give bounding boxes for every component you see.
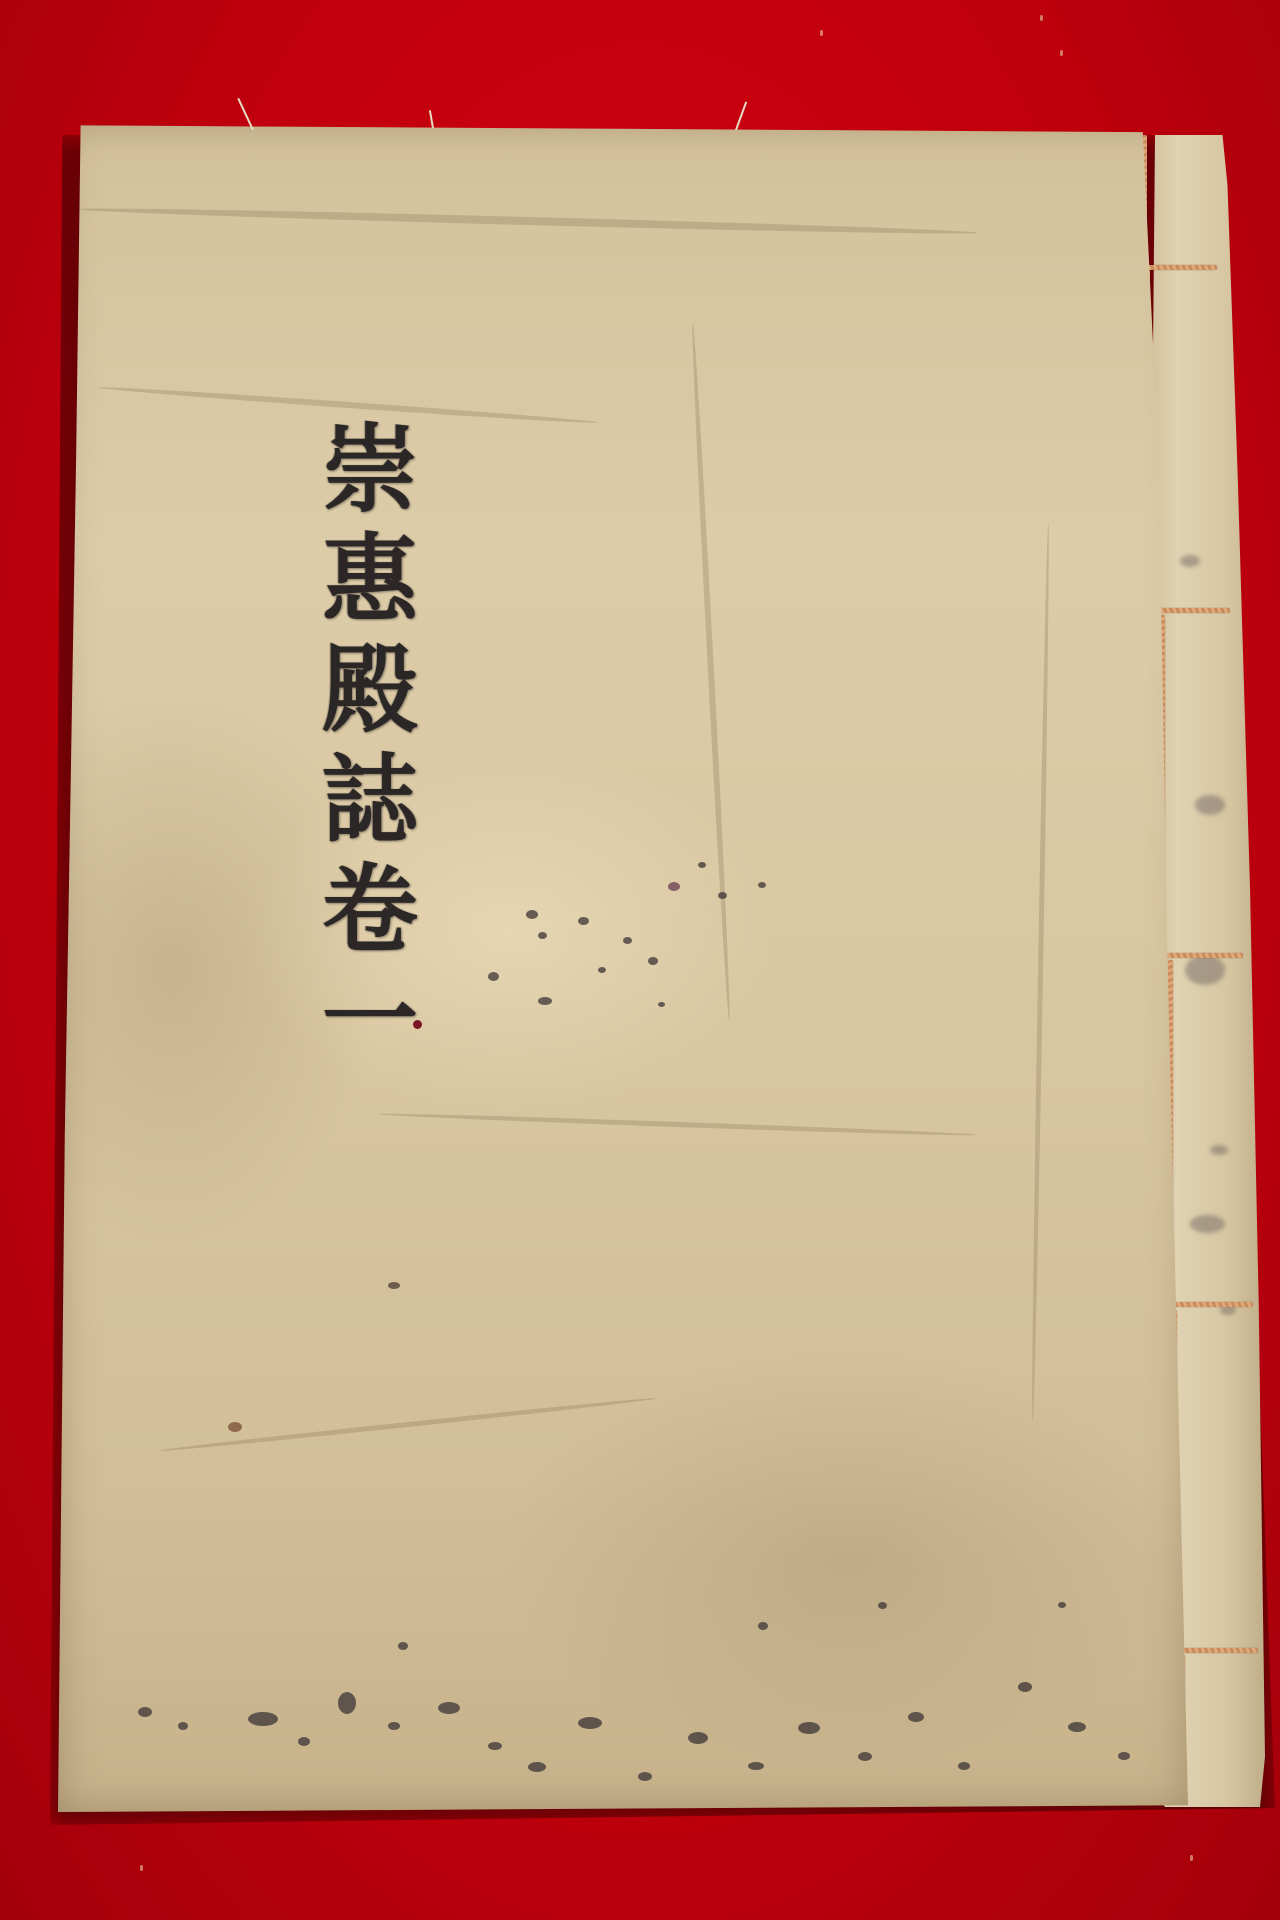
mold-spot (958, 1762, 970, 1770)
mold-spot (578, 917, 589, 925)
mold-spot (438, 1702, 460, 1714)
felt-speck (140, 1865, 143, 1871)
felt-speck (820, 30, 823, 36)
mold-spot (748, 1762, 764, 1770)
mold-spot (668, 882, 680, 891)
felt-speck (1040, 15, 1043, 21)
mold-spot (398, 1642, 408, 1650)
cover-crease (78, 205, 978, 237)
book-cover (58, 122, 1188, 1812)
mold-spot (138, 1707, 152, 1717)
mold-spot (758, 1622, 768, 1630)
cover-crease (378, 1112, 978, 1138)
book-title: 崇 惠 殿 誌 卷 一 (300, 415, 440, 1075)
title-char-3: 殿 (322, 635, 418, 745)
mold-spot (388, 1282, 400, 1289)
mold-spot (758, 882, 766, 888)
mold-spot (908, 1712, 924, 1722)
paper-fiber (429, 110, 434, 128)
mold-spot (598, 967, 606, 973)
book-photo: 崇 惠 殿 誌 卷 一 (0, 0, 1280, 1920)
mold-spot (538, 997, 552, 1005)
mold-spot (1068, 1722, 1086, 1732)
spine-stain (1180, 555, 1200, 567)
mold-spot (718, 892, 727, 899)
mold-spot (578, 1717, 602, 1729)
ink-dot (413, 1020, 422, 1029)
binding-tie (1175, 1302, 1253, 1307)
title-char-6: 一 (322, 965, 418, 1075)
title-char-4: 誌 (322, 745, 418, 855)
mold-spot (623, 937, 632, 944)
mold-spot (248, 1712, 278, 1726)
mold-spot (648, 957, 658, 965)
felt-speck (1060, 50, 1063, 56)
mold-spot (1118, 1752, 1130, 1760)
felt-speck (1190, 1855, 1193, 1861)
mold-spot (698, 862, 706, 868)
mold-spot (178, 1722, 188, 1730)
spine-stain (1190, 1215, 1225, 1233)
title-char-5: 卷 (322, 855, 418, 965)
paper-fiber (237, 98, 254, 131)
mold-spot (688, 1732, 708, 1744)
mold-spot (526, 910, 538, 919)
binding-tie (1145, 265, 1217, 270)
spine-stain (1210, 1145, 1228, 1155)
binding-tie (1180, 1648, 1258, 1653)
mold-spot (528, 1762, 546, 1772)
mold-spot (488, 1742, 502, 1750)
binding-tie (1165, 953, 1243, 958)
mold-spot (638, 1772, 652, 1781)
mold-spot (858, 1752, 872, 1761)
mold-spot (298, 1737, 310, 1746)
cover-crease (1030, 522, 1051, 1422)
mold-spot (798, 1722, 820, 1734)
mold-spot (538, 932, 547, 939)
title-char-1: 崇 (322, 415, 418, 525)
mold-spot (878, 1602, 887, 1609)
title-char-2: 惠 (322, 525, 418, 635)
mold-spot (228, 1422, 242, 1432)
mold-spot (338, 1692, 356, 1714)
cover-crease (690, 322, 733, 1021)
spine-stain (1185, 955, 1225, 985)
binding-tie (1158, 608, 1230, 613)
spine-stain (1195, 795, 1225, 815)
mold-spot (658, 1002, 665, 1007)
mold-spot (1018, 1682, 1032, 1692)
mold-spot (488, 972, 499, 981)
mold-spot (1058, 1602, 1066, 1608)
paper-fiber (735, 101, 747, 130)
mold-spot (388, 1722, 400, 1730)
